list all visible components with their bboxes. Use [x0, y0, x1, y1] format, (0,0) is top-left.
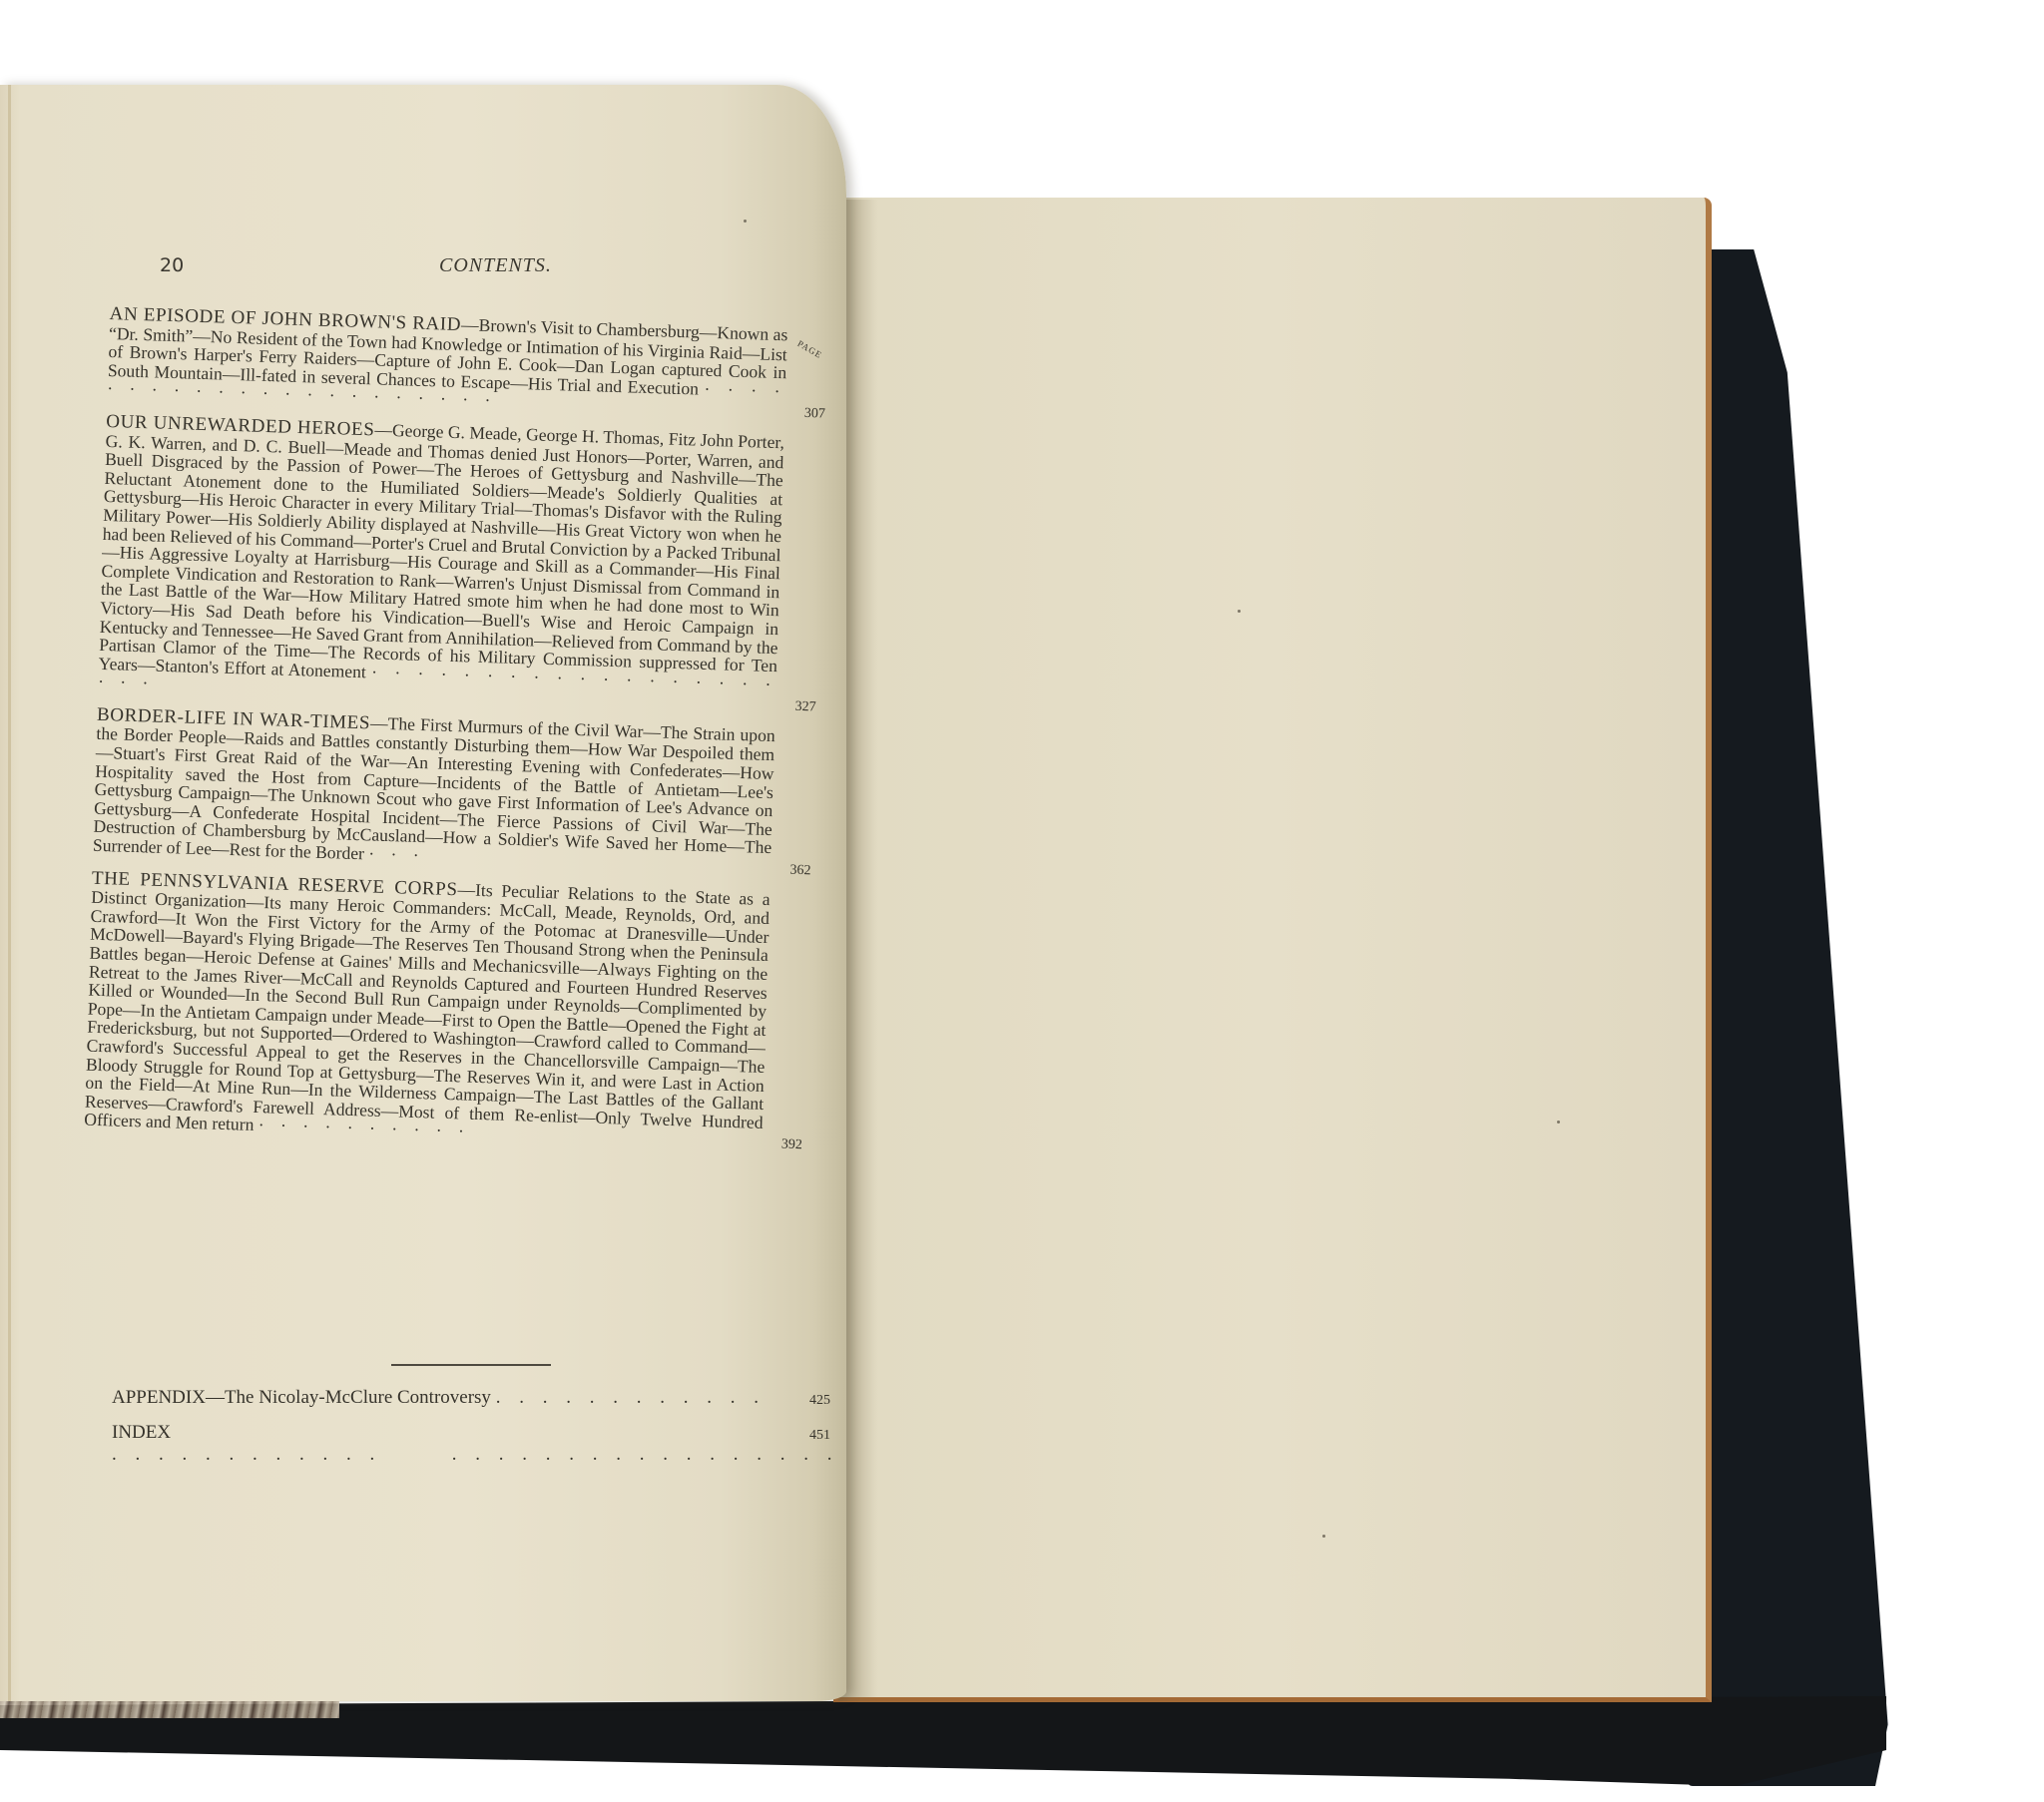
page-title: CONTENTS. — [439, 254, 552, 277]
toc-entry-title: INDEX — [112, 1422, 171, 1443]
toc-entry: BORDER-LIFE IN WAR-TIMES—The First Murmu… — [93, 705, 815, 877]
toc-entry: THE PENNSYLVANIA RESERVE CORPS—Its Pecul… — [84, 868, 810, 1151]
toc-entry: PAGE AN EPISODE OF JOHN BROWN'S RAID—Bro… — [107, 304, 828, 421]
dot-leader: . . . . . . . . . . . . — [496, 1387, 766, 1408]
toc-entry-page: 307 — [804, 405, 826, 424]
toc-entry-page: 451 — [809, 1428, 830, 1444]
toc-entry-text: —The First Murmurs of the Civil War—The … — [93, 712, 775, 863]
toc-entry-title: APPENDIX—The Nicolay-McClure Controversy — [112, 1387, 491, 1408]
paper-speck — [1238, 610, 1241, 613]
toc-entry-index: INDEX . . . . . . . . . . . . . . . . . … — [112, 1422, 830, 1466]
table-of-contents: PAGE AN EPISODE OF JOHN BROWN'S RAID—Bro… — [84, 304, 828, 1165]
toc-entry-text: —Its Peculiar Relations to the State as … — [84, 879, 770, 1134]
toc-entry-page: 392 — [781, 1136, 803, 1155]
section-divider-rule — [391, 1364, 551, 1366]
paper-speck — [744, 220, 747, 223]
page-number: 20 — [160, 254, 184, 276]
toc-entry-page: 362 — [789, 862, 811, 881]
page-column-label: PAGE — [793, 335, 825, 364]
dot-leader: . . . . . . . . . . . . . . . . . . . . … — [112, 1444, 839, 1465]
toc-entry-appendix: APPENDIX—The Nicolay-McClure Controversy… — [112, 1387, 830, 1409]
paper-speck — [1322, 1535, 1325, 1538]
toc-entry-page: 425 — [809, 1393, 830, 1409]
toc-entry-text: —George G. Meade, George H. Thomas, Fitz… — [98, 419, 784, 681]
right-page — [833, 198, 1712, 1702]
running-head: 20 CONTENTS. — [160, 254, 778, 284]
toc-entry-page: 327 — [794, 698, 816, 717]
paper-speck — [1557, 1121, 1560, 1124]
toc-entry: OUR UNREWARDED HEROES—George G. Meade, G… — [98, 412, 824, 713]
book-cover-right — [1687, 249, 1896, 1786]
dot-leader: · · · — [368, 843, 425, 865]
